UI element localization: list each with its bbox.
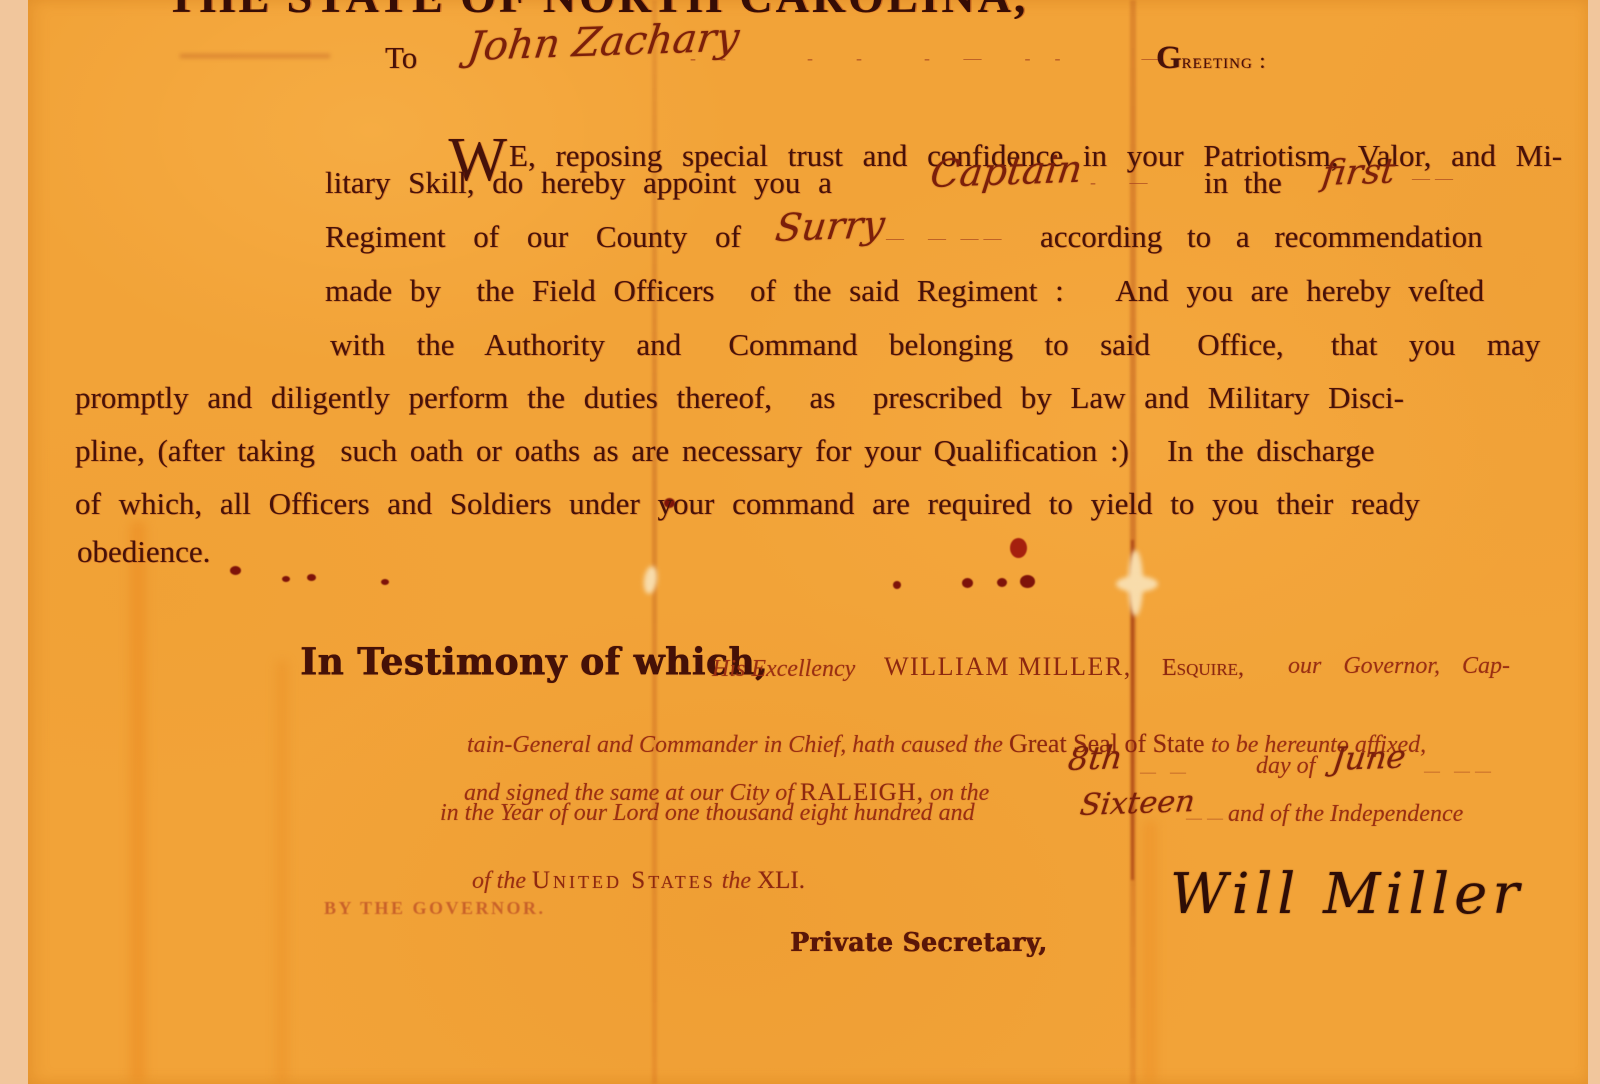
testimony-line3-dash2: — ——: [1424, 763, 1496, 781]
ink-blot: [230, 566, 241, 575]
to-label: To: [385, 40, 417, 76]
unit-text: first: [1320, 152, 1397, 194]
ink-blot: [282, 576, 290, 582]
year-handwritten: Sixteen: [1078, 788, 1192, 823]
page-title: THE STATE OF NORTH CAROLINA,: [166, 0, 1066, 19]
body-line-2-mid: in the: [1204, 165, 1282, 201]
testimony-line3-day-of: day of: [1256, 753, 1315, 780]
smudge-top-left: [180, 54, 330, 58]
ink-blot: [381, 579, 389, 585]
greeting-rest: reeting :: [1182, 48, 1267, 73]
day-text: 8th: [1066, 738, 1125, 778]
testimony-line1-esquire: Esquire,: [1162, 655, 1244, 682]
by-the-governor: BY THE GOVERNOR.: [324, 898, 546, 919]
testimony-line4-b: and of the Independence: [1228, 801, 1463, 828]
body-line-2-flourish: ——: [1412, 168, 1458, 189]
rank-handwritten: Captain: [928, 152, 1079, 196]
testimony-line5-c: the: [716, 868, 757, 894]
paper-streak-left2: [276, 660, 288, 1084]
testimony-line3-dash1: — —: [1140, 764, 1191, 782]
body-line-8: of which, all Officers and Soldiers unde…: [75, 486, 1420, 522]
body-line-6: promptly and diligently perform the duti…: [75, 380, 1404, 416]
testimony-line4-a: in the Year of our Lord one thousand eig…: [440, 800, 975, 827]
body-line-5: with the Authority and Command belonging…: [330, 327, 1540, 363]
day-handwritten: 8th: [1066, 740, 1120, 778]
testimony-line5-numeral: XLI.: [757, 867, 805, 894]
year-text: Sixteen: [1078, 784, 1197, 823]
testimony-line1-his-excellency: His Excellency: [712, 656, 855, 683]
private-secretary: Private Secretary,: [790, 927, 1047, 957]
body-line-2-pre: litary Skill, do hereby appoint you a: [325, 165, 832, 201]
ink-blot: [893, 581, 901, 589]
greeting-initial: G: [1156, 40, 1182, 76]
body-line-7: pline, (after taking such oath or oaths …: [75, 433, 1375, 469]
body-line-3-post: according to a recommendation: [1040, 219, 1483, 255]
testimony-line5-a: of the: [472, 868, 532, 894]
document-paper: THE STATE OF NORTH CAROLINA, To John Zac…: [28, 0, 1588, 1084]
salutation-dashes: - - - - - — - - — -: [690, 48, 1204, 69]
paper-spot-right-horiz: [1116, 576, 1158, 592]
ink-blot-large: [1010, 538, 1027, 558]
ink-blot: [1020, 575, 1035, 588]
county-handwritten: Surry: [773, 206, 881, 250]
ink-blot: [997, 578, 1007, 587]
month-text: June: [1330, 737, 1408, 778]
ink-blot: [307, 574, 316, 581]
page-title-text: THE STATE OF NORTH CAROLINA,: [166, 0, 1066, 19]
testimony-line1-governor-name: WILLIAM MILLER,: [884, 652, 1132, 682]
paper-streak-left: [130, 520, 146, 1084]
rank-text: Captain: [928, 147, 1085, 196]
scanned-document: THE STATE OF NORTH CAROLINA, To John Zac…: [0, 0, 1600, 1084]
ink-blot: [962, 578, 973, 588]
testimony-line1-tail: our Governor, Cap-: [1288, 653, 1510, 680]
body-line-3-pre: Regiment of our County of: [325, 219, 741, 255]
body-line-9: obedience.: [77, 534, 210, 570]
testimony-line5-united-states: United States: [532, 867, 716, 894]
governor-signature: Will Miller: [1170, 862, 1524, 927]
unit-handwritten: first: [1320, 154, 1392, 194]
body-line-2-dash: - —: [1090, 172, 1153, 193]
month-handwritten: June: [1330, 740, 1403, 778]
governor-signature-text: Will Miller: [1170, 862, 1524, 927]
greeting-word: Greeting :: [1156, 40, 1266, 77]
testimony-heading: In Testimony of which,: [300, 640, 768, 684]
body-line-3-dash: — — ——: [886, 228, 1007, 249]
testimony-line4-dash: ——: [1186, 810, 1228, 828]
body-line-4: made by the Field Officers of the said R…: [325, 273, 1484, 309]
county-text: Surry: [773, 202, 887, 250]
paper-streak-bottomright: [1144, 820, 1156, 1084]
